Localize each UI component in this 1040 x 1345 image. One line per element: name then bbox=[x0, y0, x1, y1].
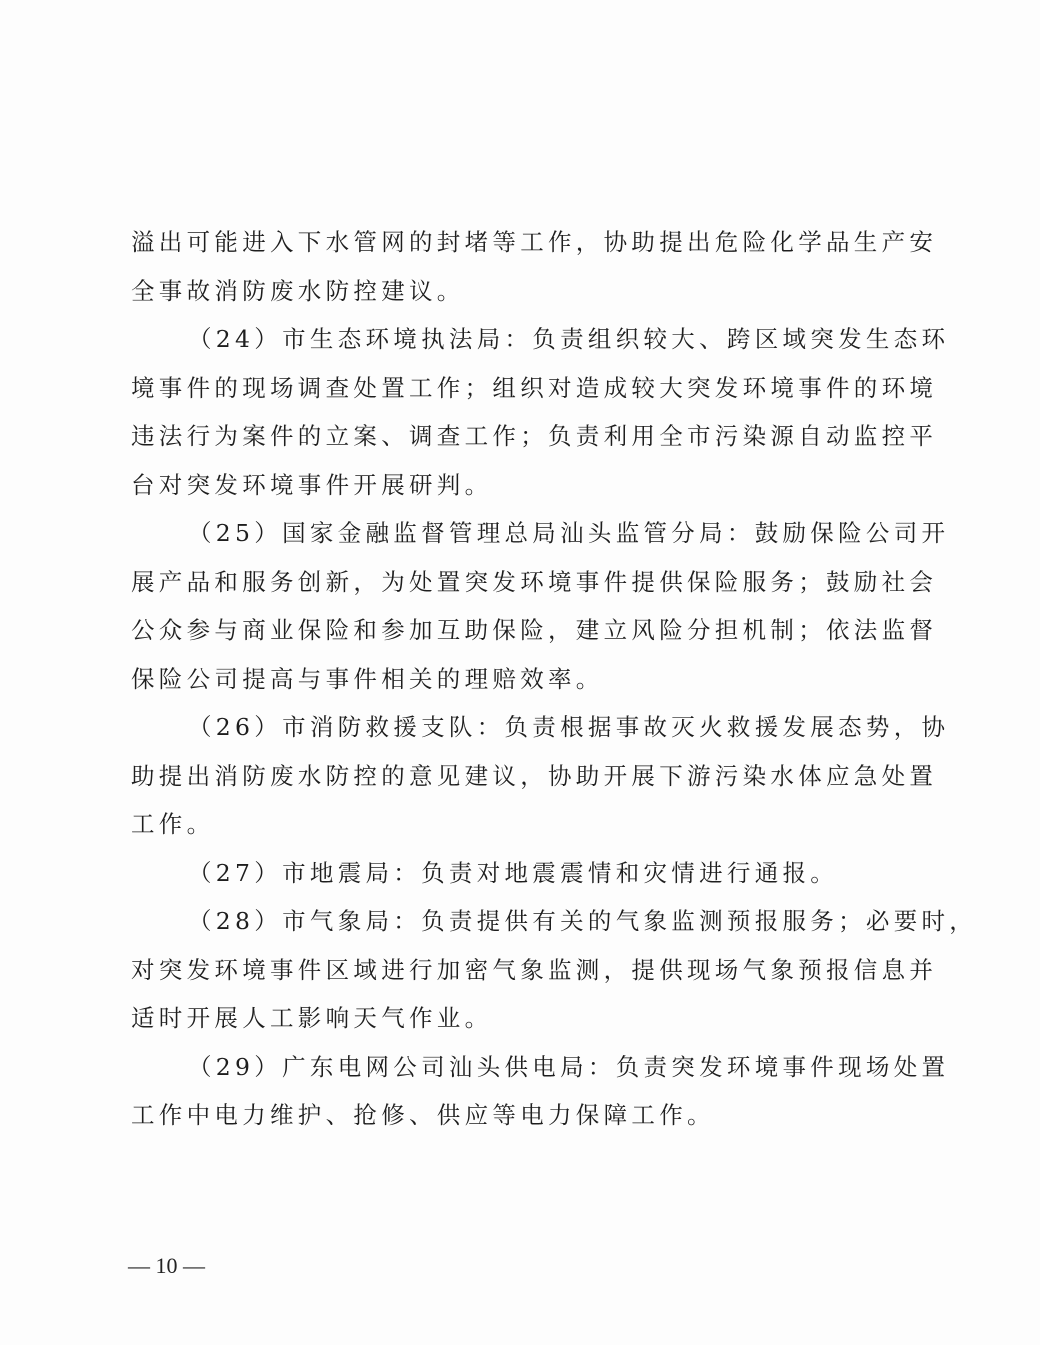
text-line: 工作。 bbox=[131, 800, 876, 849]
text-line: （28）市气象局：负责提供有关的气象监测预报服务；必要时， bbox=[131, 897, 876, 946]
paragraph-item-25: （25）国家金融监督管理总局汕头监管分局：鼓励保险公司开 展产品和服务创新，为处… bbox=[131, 509, 876, 703]
text-line: 工作中电力维护、抢修、供应等电力保障工作。 bbox=[131, 1091, 876, 1140]
paragraph-continuation: 溢出可能进入下水管网的封堵等工作，协助提出危险化学品生产安 全事故消防废水防控建… bbox=[131, 218, 876, 315]
text-line: 全事故消防废水防控建议。 bbox=[131, 267, 876, 316]
text-line: （24）市生态环境执法局：负责组织较大、跨区域突发生态环 bbox=[131, 315, 876, 364]
text-line: 适时开展人工影响天气作业。 bbox=[131, 994, 876, 1043]
text-line: 溢出可能进入下水管网的封堵等工作，协助提出危险化学品生产安 bbox=[131, 218, 876, 267]
text-line: 展产品和服务创新，为处置突发环境事件提供保险服务；鼓励社会 bbox=[131, 558, 876, 607]
paragraph-item-24: （24）市生态环境执法局：负责组织较大、跨区域突发生态环 境事件的现场调查处置工… bbox=[131, 315, 876, 509]
text-line: （25）国家金融监督管理总局汕头监管分局：鼓励保险公司开 bbox=[131, 509, 876, 558]
text-line: 对突发环境事件区域进行加密气象监测，提供现场气象预报信息并 bbox=[131, 946, 876, 995]
text-line: 境事件的现场调查处置工作；组织对造成较大突发环境事件的环境 bbox=[131, 364, 876, 413]
page-number: — 10 — bbox=[128, 1253, 205, 1279]
document-body: 溢出可能进入下水管网的封堵等工作，协助提出危险化学品生产安 全事故消防废水防控建… bbox=[131, 218, 876, 1140]
text-line: 助提出消防废水防控的意见建议，协助开展下游污染水体应急处置 bbox=[131, 752, 876, 801]
text-line: 保险公司提高与事件相关的理赔效率。 bbox=[131, 655, 876, 704]
text-line: 违法行为案件的立案、调查工作；负责利用全市污染源自动监控平 bbox=[131, 412, 876, 461]
text-line: 公众参与商业保险和参加互助保险，建立风险分担机制；依法监督 bbox=[131, 606, 876, 655]
text-line: （27）市地震局：负责对地震震情和灾情进行通报。 bbox=[131, 849, 876, 898]
paragraph-item-29: （29）广东电网公司汕头供电局：负责突发环境事件现场处置 工作中电力维护、抢修、… bbox=[131, 1043, 876, 1140]
paragraph-item-26: （26）市消防救援支队：负责根据事故灭火救援发展态势，协 助提出消防废水防控的意… bbox=[131, 703, 876, 849]
text-line: （26）市消防救援支队：负责根据事故灭火救援发展态势，协 bbox=[131, 703, 876, 752]
paragraph-item-28: （28）市气象局：负责提供有关的气象监测预报服务；必要时， 对突发环境事件区域进… bbox=[131, 897, 876, 1043]
paragraph-item-27: （27）市地震局：负责对地震震情和灾情进行通报。 bbox=[131, 849, 876, 898]
text-line: （29）广东电网公司汕头供电局：负责突发环境事件现场处置 bbox=[131, 1043, 876, 1092]
document-page: 溢出可能进入下水管网的封堵等工作，协助提出危险化学品生产安 全事故消防废水防控建… bbox=[0, 0, 1040, 1345]
text-line: 台对突发环境事件开展研判。 bbox=[131, 461, 876, 510]
